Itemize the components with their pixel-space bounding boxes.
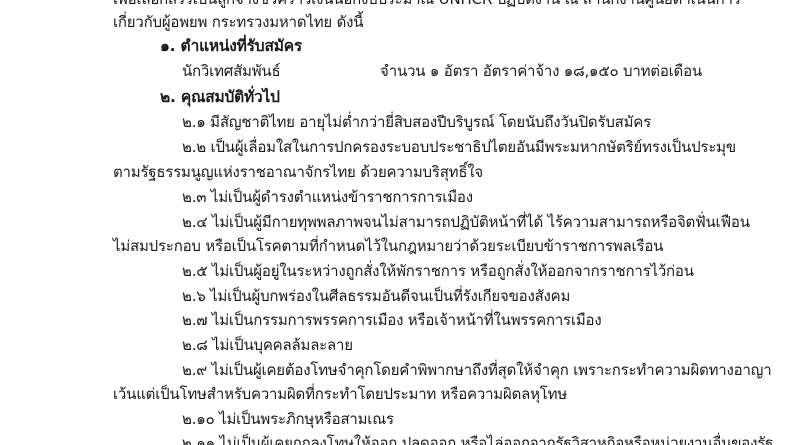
item-2-4: ๒.๔ ไม่เป็นผู้มีกายทุพพลภาพจนไม่สามารถปฏ… — [182, 212, 750, 232]
position-title: นักวิเทศสัมพันธ์ — [182, 61, 280, 81]
item-2-7: ๒.๗ ไม่เป็นกรรมการพรรคการเมือง หรือเจ้าห… — [182, 310, 601, 330]
item-2-1: ๒.๑ มีสัญชาติไทย อายุไม่ต่ำกว่ายี่สิบสอง… — [182, 112, 651, 132]
item-2-10: ๒.๑๐ ไม่เป็นพระภิกษุหรือสามเณร — [182, 409, 394, 429]
document-page: เพื่อเลือกสรรเป็นลูกจ้างชั่วคราวเงินนอกง… — [0, 0, 800, 445]
item-2-4-cont: ไม่สมประกอบ หรือเป็นโรคตามที่กำหนดไว้ในก… — [113, 236, 663, 256]
item-2-8: ๒.๘ ไม่เป็นบุคคลล้มละลาย — [182, 335, 353, 355]
item-2-2-cont: ตามรัฐธรรมนูญแห่งราชอาณาจักรไทย ด้วยความ… — [113, 162, 483, 182]
section-2-heading: ๒. คุณสมบัติทั่วไป — [160, 87, 280, 107]
item-2-2: ๒.๒ เป็นผู้เลื่อมใสในการปกครองระบอบประชา… — [182, 137, 736, 157]
item-2-11: ๒.๑๑ ไม่เป็นผู้เคยถูกลงโทษให้ออก ปลดออก … — [182, 433, 773, 445]
item-2-9-cont: เว้นแต่เป็นโทษสำหรับความผิดที่กระทำโดยปร… — [113, 384, 567, 404]
item-2-3: ๒.๓ ไม่เป็นผู้ดำรงตำแหน่งข้าราชการการเมื… — [182, 187, 473, 207]
item-2-6: ๒.๖ ไม่เป็นผู้บกพร่องในศีลธรรมอันดีจนเป็… — [182, 286, 570, 306]
position-detail: จำนวน ๑ อัตรา อัตราค่าจ้าง ๑๘,๑๕๐ บาทต่อ… — [380, 61, 702, 81]
intro-line-1: เพื่อเลือกสรรเป็นลูกจ้างชั่วคราวเงินนอกง… — [113, 0, 741, 9]
item-2-5: ๒.๕ ไม่เป็นผู้อยู่ในระหว่างถูกสั่งให้พัก… — [182, 261, 694, 281]
section-1-heading: ๑. ตำแหน่งที่รับสมัคร — [160, 36, 302, 56]
item-2-9: ๒.๙ ไม่เป็นผู้เคยต้องโทษจำคุกโดยคำพิพากษ… — [182, 360, 771, 380]
intro-line-2: เกี่ยวกับผู้อพยพ กระทรวงมหาดไทย ดังนี้ — [113, 12, 363, 32]
